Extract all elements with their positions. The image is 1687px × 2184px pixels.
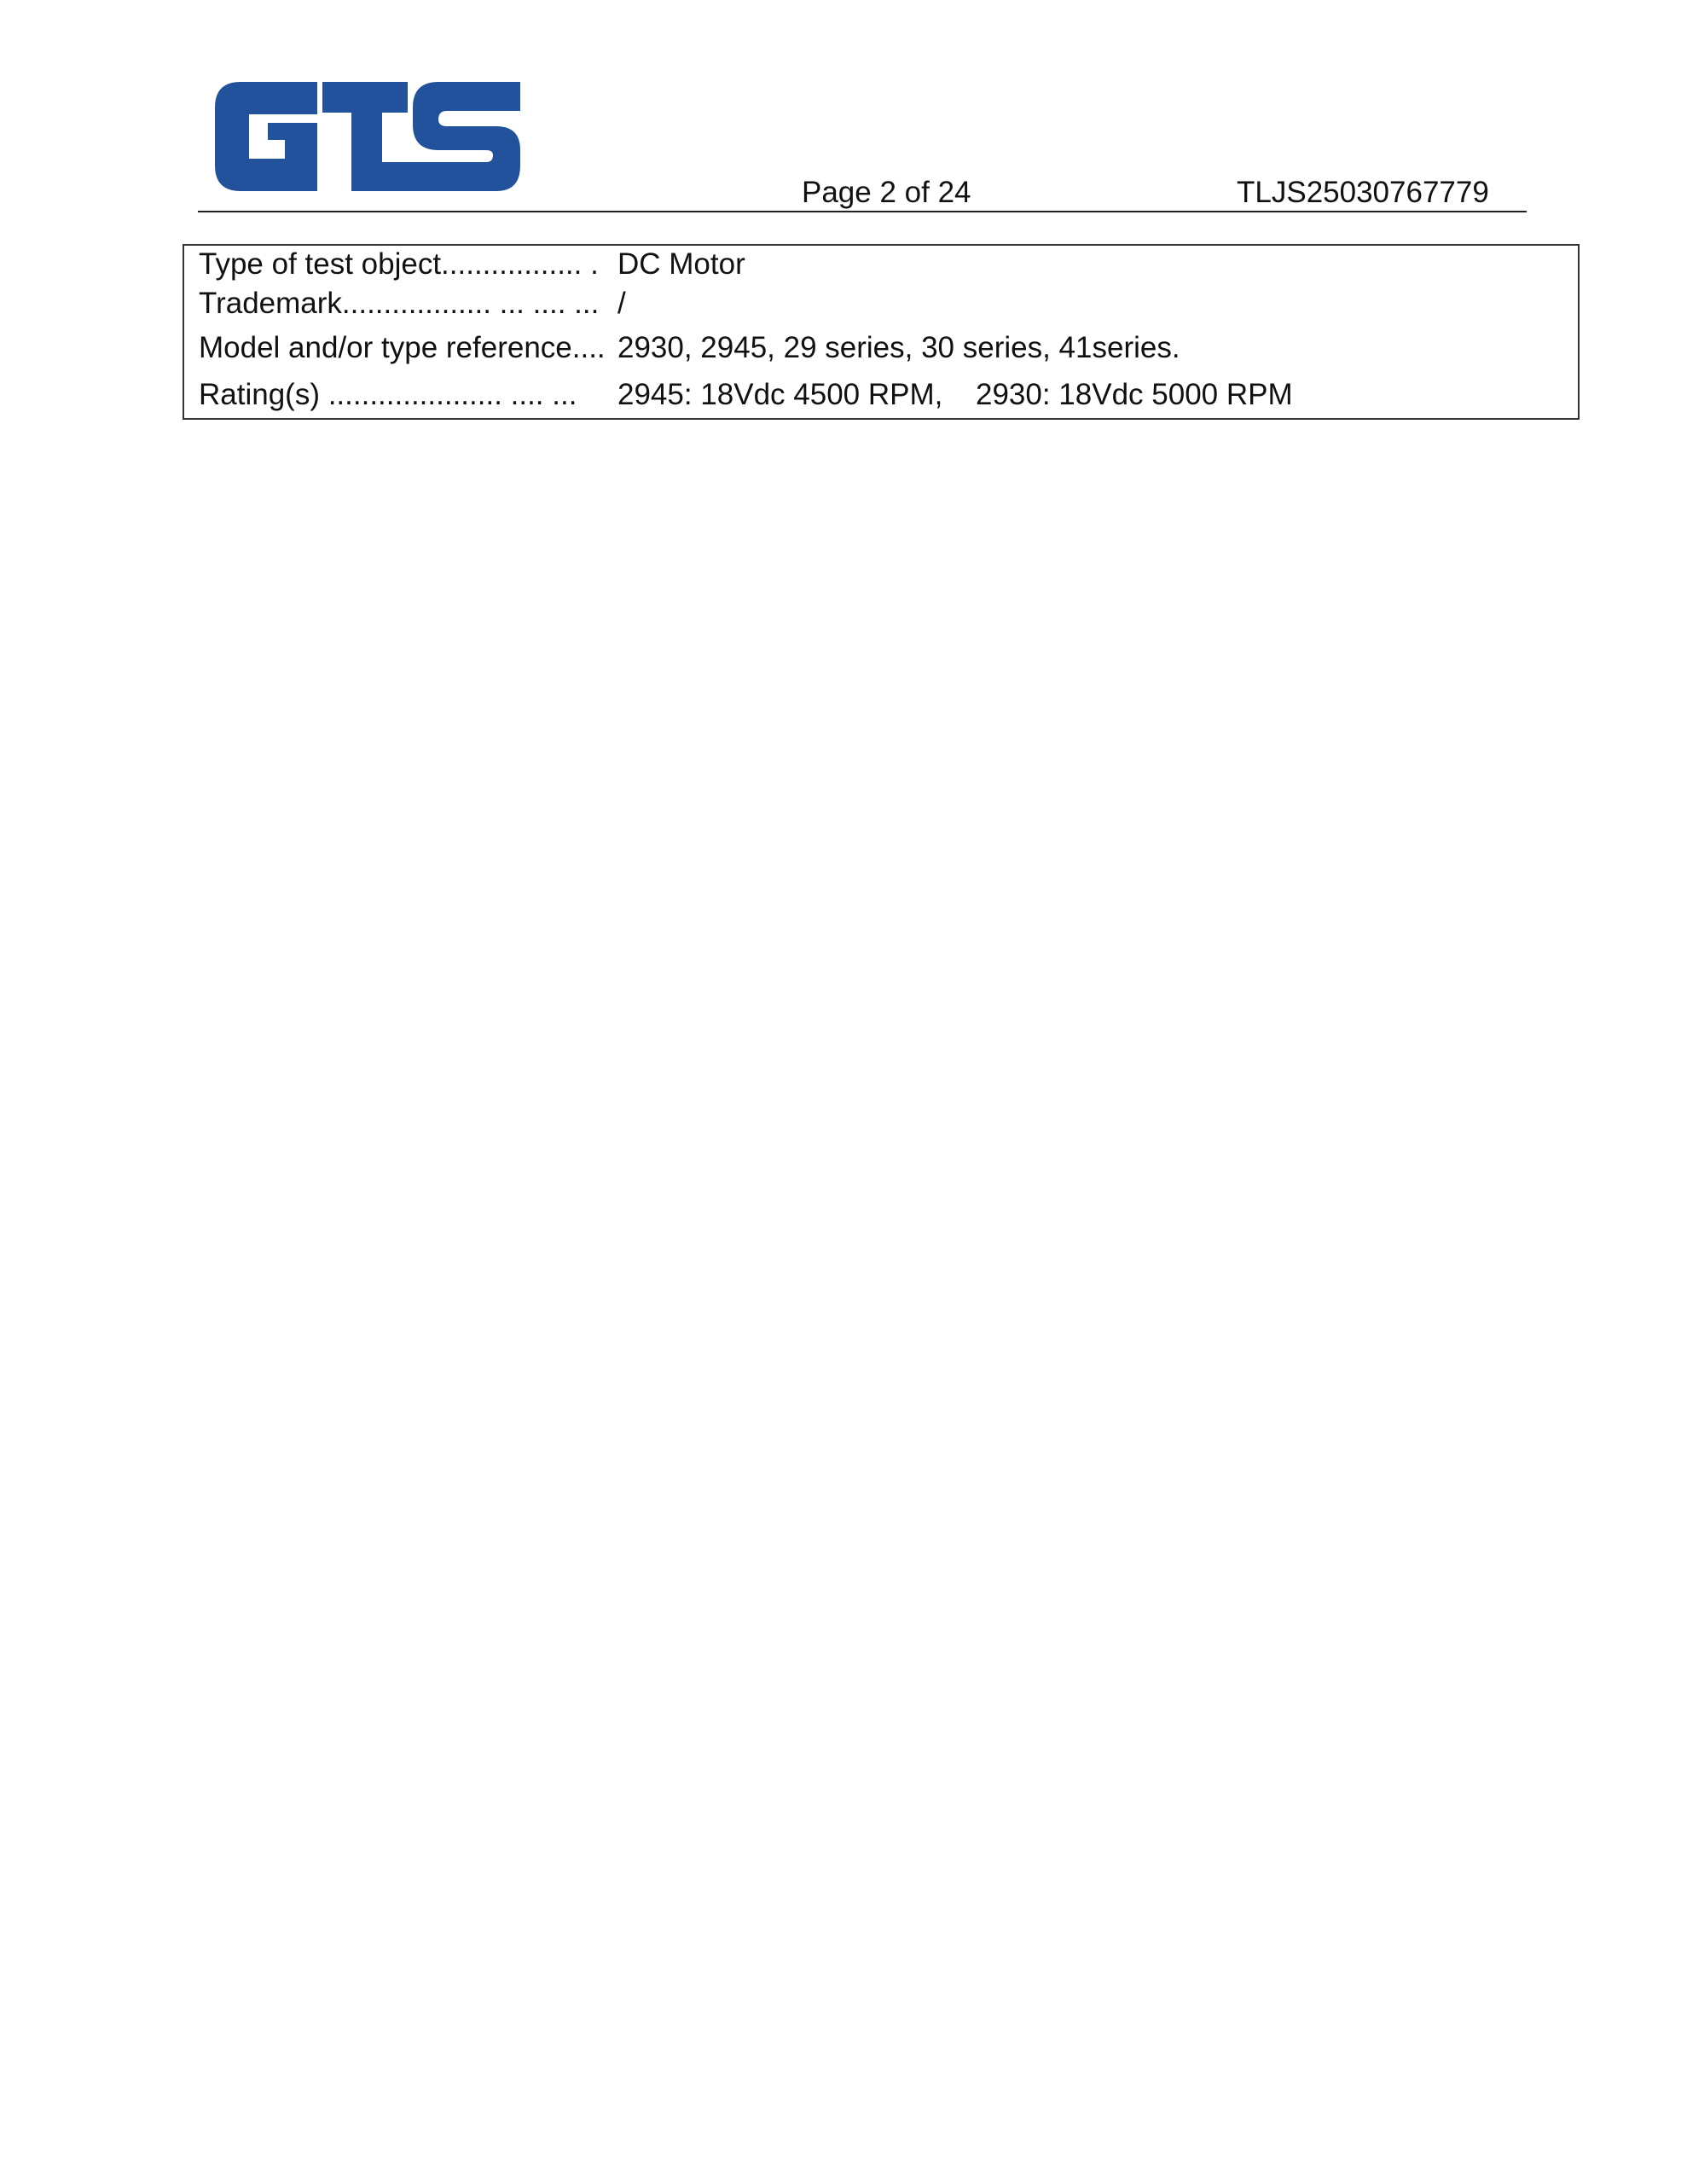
info-value: 2945: 18Vdc 4500 RPM, [617, 378, 942, 412]
page-number: Page 2 of 24 [802, 176, 971, 210]
info-value: 2930, 2945, 29 series, 30 series, 41seri… [617, 331, 1180, 365]
gts-logo-graphic [215, 80, 522, 193]
report-number: TLJS25030767779 [1237, 176, 1489, 210]
info-value-secondary: 2930: 18Vdc 5000 RPM [976, 378, 1293, 412]
info-label: Model and/or type reference.... [199, 331, 606, 365]
info-label: Rating(s) ..................... .... ... [199, 378, 577, 412]
gts-logo [215, 80, 522, 193]
info-label: Trademark.................. ... .... ... [199, 287, 599, 321]
info-label: Type of test object................. . [199, 247, 599, 282]
test-object-info-table: Type of test object................. . D… [183, 244, 1580, 420]
info-value: / [617, 287, 626, 321]
header-divider [198, 211, 1527, 212]
info-value: DC Motor [617, 247, 745, 282]
